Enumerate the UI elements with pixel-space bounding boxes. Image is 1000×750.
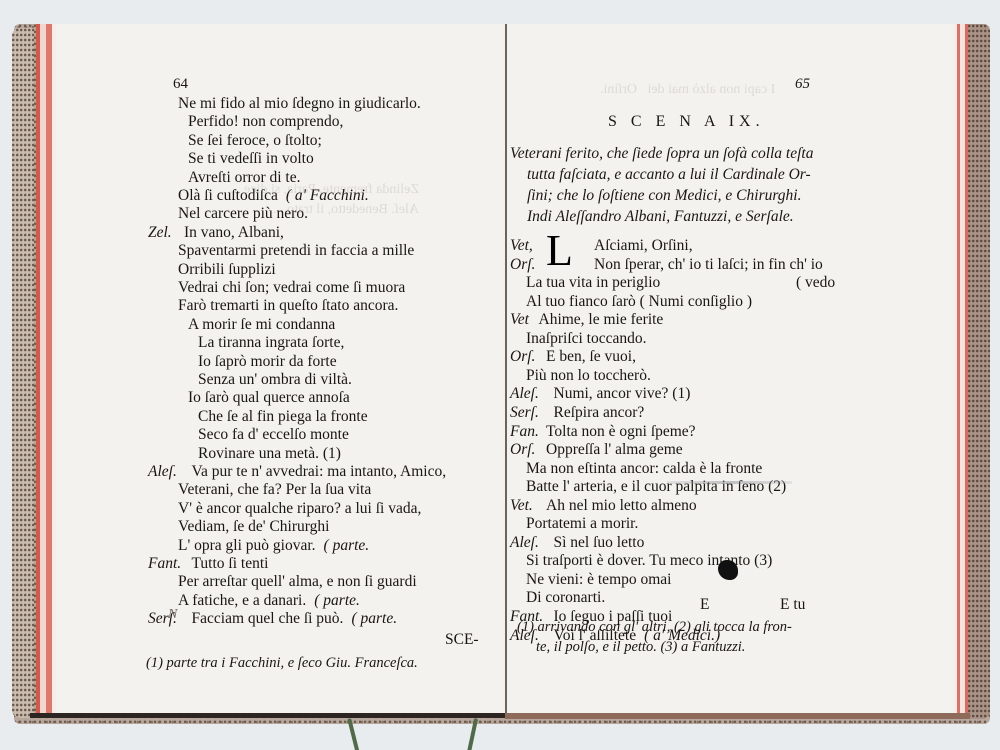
verse-line: Aſciami, Orſini, <box>594 236 693 257</box>
page-bottom-edge-right <box>505 713 970 719</box>
verse-line: Ah nel mio letto almeno <box>546 496 697 517</box>
scene-title: S C E N A IX. <box>608 113 765 131</box>
verse-line: Inaſpriſci toccando. <box>526 329 647 350</box>
verse-line: Portatemi a morir. <box>526 514 638 535</box>
speaker-label: Fan. <box>510 422 539 443</box>
speaker-label: Aleſ. <box>148 462 177 483</box>
verse-line: E ben, ſe vuoi, <box>546 347 636 368</box>
speaker-label: Aleſ. <box>510 533 539 554</box>
cover-left-edge <box>12 28 34 718</box>
speaker-label: Orſ. <box>510 347 535 368</box>
cover-right-edge <box>968 24 990 719</box>
stage-direction-line: Indi Aleſſandro Albani, Fantuzzi, e Serſ… <box>527 207 794 228</box>
stage-direction: ( parte. <box>314 592 360 609</box>
ink-stain <box>718 560 738 580</box>
stage-direction: ( parte. <box>324 537 370 554</box>
signature-mark: N <box>168 605 177 626</box>
speaker-label: Vet <box>510 310 529 331</box>
catchword-right-1: E <box>700 595 709 616</box>
speaker-label: Vet. <box>510 496 533 517</box>
footnote-left: (1) parte tra i Facchini, e ſeco Giu. Fr… <box>146 653 418 674</box>
verse-line: Più non lo toccherò. <box>526 366 651 387</box>
verse-line: Ne vieni: è tempo omai <box>526 570 672 591</box>
footnote-right-line: (1) arrivando con gl' altri, (2) gli toc… <box>517 617 792 638</box>
speaker-label: Vet, <box>510 236 533 257</box>
stage-direction: ( a' Facchini. <box>286 187 369 204</box>
speaker-label: Orſ. <box>510 255 535 276</box>
verse-line: Numi, ancor vive? (1) <box>554 384 691 405</box>
verse-line: La tua vita in periglio <box>526 273 660 294</box>
turnover-word: ( vedo <box>796 273 835 294</box>
speaker-label: Zel. <box>148 223 172 244</box>
page-bottom-edge-left <box>30 713 505 718</box>
verse-line: Ma non eſtinta ancor: calda è la fronte <box>526 459 762 480</box>
speaker-label: Fant. <box>148 554 181 575</box>
smudge-mark <box>667 481 792 484</box>
verse-line: Sì nel ſuo letto <box>554 533 645 554</box>
speaker-label: Aleſ. <box>510 384 539 405</box>
stage-direction-line: ſini; che lo ſoſtiene con Medici, e Chir… <box>527 186 802 207</box>
verse-line: Di coronarti. <box>526 588 605 609</box>
stage-direction-line: Veterani ferito, che ſiede ſopra un ſofà… <box>510 144 813 165</box>
verse-line: Oppreſſa l' alma geme <box>546 440 683 461</box>
verse-line: Reſpira ancor? <box>554 403 645 424</box>
book-gutter <box>505 24 507 714</box>
drop-cap: L <box>546 236 573 266</box>
page-number-left: 64 <box>173 76 188 93</box>
stage-direction: ( parte. <box>351 610 397 627</box>
stage-direction-line: tutta faſciata, e accanto a lui il Cardi… <box>527 165 811 186</box>
verse-line: Tolta non è ogni ſpeme? <box>546 422 696 443</box>
catchword-left: SCE- <box>445 630 479 651</box>
verse-line: Facciam quel che ſi può.( parte. <box>192 609 398 630</box>
speaker-label: Orſ. <box>510 440 535 461</box>
show-through-text: I capi non alzò mai dei Orſini. <box>600 80 775 100</box>
footnote-right-line: te, il polſo, e il petto. (3) a Fantuzzi… <box>536 637 745 658</box>
verse-line: Al tuo fianco ſarò ( Numi conſiglio ) <box>526 292 752 313</box>
speaker-label: Serſ. <box>510 403 539 424</box>
page-number-right: 65 <box>795 76 810 93</box>
verse-line: Non ſperar, ch' io ti laſci; in fin ch' … <box>594 255 823 276</box>
catchword-right-2: E tu <box>780 595 805 616</box>
verse-line: Ahime, le mie ferite <box>539 310 664 331</box>
